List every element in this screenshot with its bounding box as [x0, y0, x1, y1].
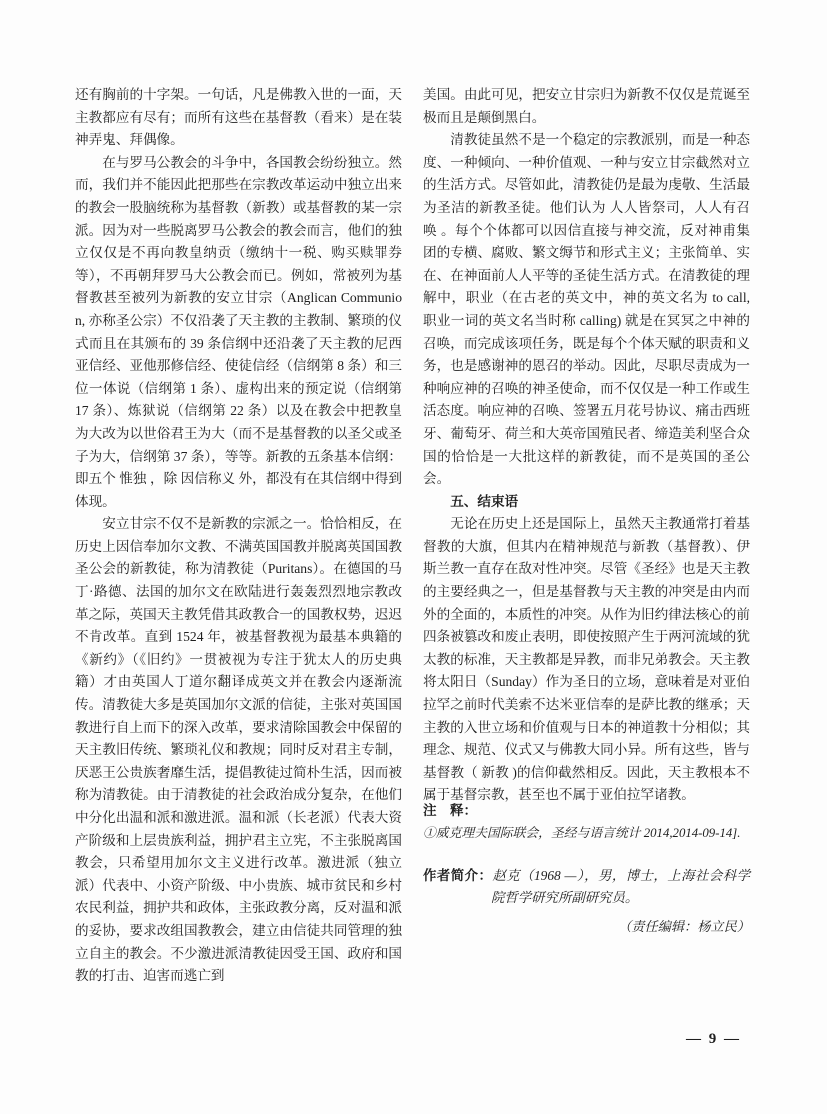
paper-page: 还有胸前的十字架。一句话，凡是佛教入世的一面，天主教都应有尽有；而所有这些在基督…	[0, 0, 827, 1114]
paragraph: 还有胸前的十字架。一句话，凡是佛教入世的一面，天主教都应有尽有；而所有这些在基督…	[75, 84, 402, 152]
author-bio-text: 赵克（1968 —），男，博士，上海社会科学院哲学研究所副研究员。	[491, 868, 750, 905]
editor-note: （责任编辑：杨立民）	[423, 916, 750, 937]
author-bio: 作者简介：赵克（1968 —），男，博士，上海社会科学院哲学研究所副研究员。	[423, 865, 750, 908]
paragraph: 安立甘宗不仅不是新教的宗派之一。恰恰相反，在历史上因信奉加尔文教、不满英国国教并…	[75, 513, 402, 987]
page-number: — 9 —	[686, 1031, 741, 1048]
footnote: ①威克理夫国际联会，圣经与语言统计 2014,2014-09-14].	[423, 823, 750, 843]
right-text-column: 美国。由此可见，把安立甘宗归为新教不仅仅是荒诞至极而且是颠倒黑白。 清教徒虽然不…	[423, 84, 750, 807]
paragraph: 美国。由此可见，把安立甘宗归为新教不仅仅是荒诞至极而且是颠倒黑白。	[423, 84, 750, 129]
paragraph: 无论在历史上还是国际上，虽然天主教通常打着基督教的大旗，但其内在精神规范与新教（…	[423, 513, 750, 807]
author-bio-label: 作者简介：	[423, 868, 492, 883]
section-heading-conclusion: 五、结束语	[423, 491, 750, 514]
back-matter: 注 释： ①威克理夫国际联会，圣经与语言统计 2014,2014-09-14].…	[423, 800, 750, 937]
paragraph: 在与罗马公教会的斗争中，各国教会纷纷独立。然而，我们并不能因此把那些在宗教改革运…	[75, 152, 402, 514]
paragraph: 清教徒虽然不是一个稳定的宗教派别，而是一种态度、一种倾向、一种价值观、一种与安立…	[423, 129, 750, 491]
notes-heading: 注 释：	[423, 800, 750, 821]
left-text-column: 还有胸前的十字架。一句话，凡是佛教入世的一面，天主教都应有尽有；而所有这些在基督…	[75, 84, 402, 988]
